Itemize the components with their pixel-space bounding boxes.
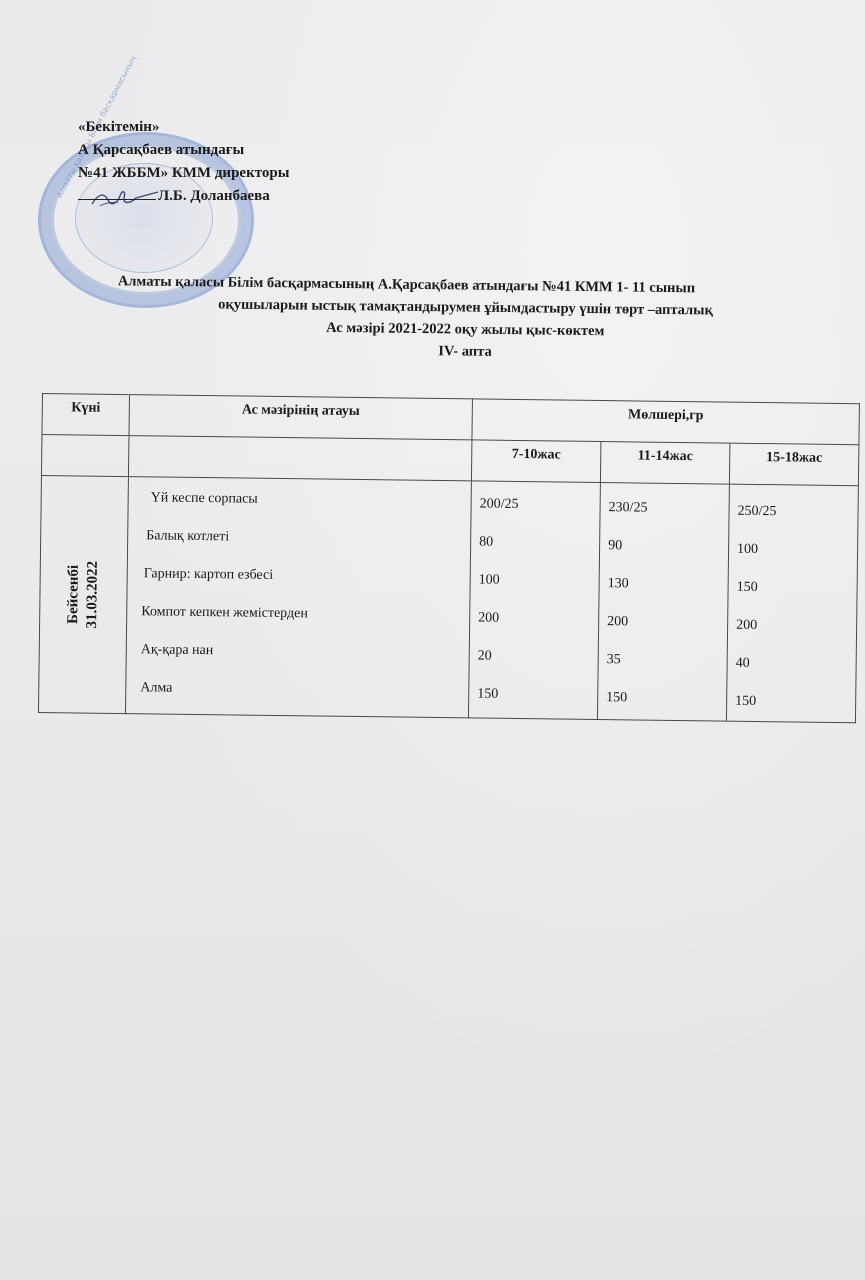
amount-value: 150 <box>736 569 856 609</box>
amounts-7-10-cell: 200/25 80 100 200 20 150 <box>468 481 600 720</box>
dish-item: Компот кепкен жемістерден <box>141 593 469 635</box>
dish-item: Алма <box>140 669 468 711</box>
amount-value: 150 <box>477 675 597 715</box>
menu-table: Күні Ас мәзірінің атауы Мөлшері,гр 7-10ж… <box>38 393 860 723</box>
amount-value: 100 <box>737 531 857 571</box>
subheader-empty-day <box>41 435 129 477</box>
amount-value: 40 <box>735 645 855 685</box>
header-dish: Ас мәзірінің атауы <box>129 395 472 440</box>
header-day: Күні <box>42 394 130 436</box>
amount-value: 35 <box>606 641 726 681</box>
amount-value: 90 <box>608 527 728 567</box>
day-weekday: Бейсенбі <box>64 561 84 629</box>
header-age-11-14: 11-14жас <box>600 442 730 485</box>
amount-value: 200 <box>478 600 598 640</box>
amount-value: 200 <box>736 607 856 647</box>
approval-heading: «Бекітемін» <box>78 116 289 139</box>
dish-names-cell: Үй кеспе сорпасы Балық котлеті Гарнир: к… <box>125 477 471 718</box>
amounts-11-14-cell: 230/25 90 130 200 35 150 <box>597 483 729 722</box>
dish-item: Ақ-қара нан <box>141 631 469 673</box>
amount-value: 230/25 <box>608 489 728 529</box>
day-label: Бейсенбі 31.03.2022 <box>64 561 103 629</box>
amount-value: 200/25 <box>479 486 599 526</box>
approval-school-name: А Қарсақбаев атындағы <box>78 139 289 162</box>
amount-value: 200 <box>607 603 727 643</box>
amount-value: 20 <box>477 637 597 677</box>
approval-block: «Бекітемін» А Қарсақбаев атындағы №41 ЖБ… <box>78 116 289 208</box>
dish-item: Гарнир: картоп езбесі <box>143 555 469 597</box>
amount-value: 250/25 <box>737 493 857 533</box>
amounts-15-18-cell: 250/25 100 150 200 40 150 <box>726 484 858 723</box>
amount-value: 130 <box>607 565 727 605</box>
dish-item: Үй кеспе сорпасы <box>144 479 470 521</box>
day-cell: Бейсенбі 31.03.2022 <box>38 475 128 713</box>
header-age-15-18: 15-18жас <box>729 443 859 486</box>
amount-value: 150 <box>606 679 726 719</box>
amount-value: 80 <box>479 524 599 564</box>
document-title: Алматы қаласы Білім басқармасының А.Қарс… <box>95 270 836 367</box>
amount-value: 100 <box>478 562 598 602</box>
menu-table-container: Күні Ас мәзірінің атауы Мөлшері,гр 7-10ж… <box>38 393 860 723</box>
approval-position: №41 ЖББМ» КММ директоры <box>78 162 289 185</box>
signature-line <box>78 199 156 200</box>
header-amount: Мөлшері,гр <box>472 399 859 445</box>
amount-value: 150 <box>735 683 855 723</box>
header-age-7-10: 7-10жас <box>471 440 601 483</box>
dish-item: Балық котлеті <box>144 517 470 559</box>
day-date: 31.03.2022 <box>83 561 103 629</box>
table-row: Бейсенбі 31.03.2022 Үй кеспе сорпасы Бал… <box>38 475 858 722</box>
subheader-empty-dish <box>128 436 471 481</box>
approval-signatory: Л.Б. Доланбаева <box>158 188 270 204</box>
